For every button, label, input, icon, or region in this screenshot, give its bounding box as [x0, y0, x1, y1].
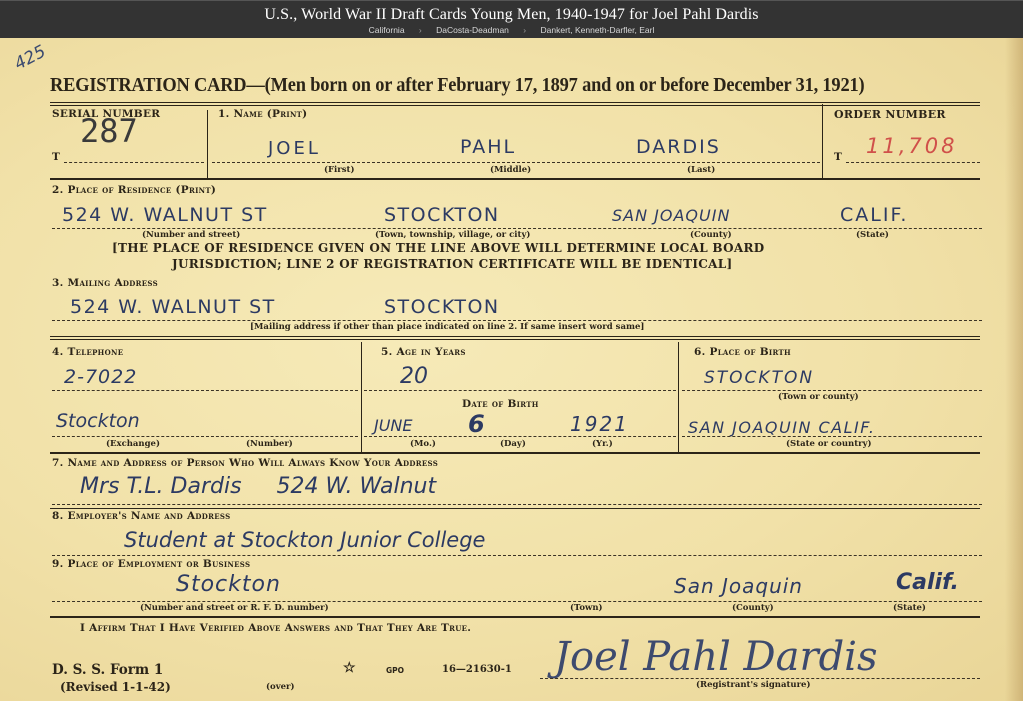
employment-state-caption: (State) — [893, 603, 926, 613]
state-caption: (State) — [856, 230, 889, 240]
birthplace-town-caption: (Town or county) — [778, 392, 859, 402]
star-icon: ☆ — [343, 660, 356, 676]
divider — [50, 508, 980, 509]
employment-street-caption: (Number and street or R. F. D. number) — [140, 603, 329, 613]
number-caption: (Number) — [246, 439, 293, 449]
divider — [50, 178, 980, 180]
corner-note: 425 — [11, 42, 49, 75]
birthplace-state-caption: (State or country) — [786, 439, 872, 449]
breadcrumb: California › DaCosta-Deadman › Dankert, … — [0, 25, 1023, 36]
telephone-number-value: 2-7022 — [64, 366, 137, 388]
dob-label: Date of Birth — [462, 398, 539, 410]
breadcrumb-item-state[interactable]: California — [369, 25, 405, 35]
employment-county-value: San Joaquin — [674, 574, 803, 598]
middle-caption: (Middle) — [490, 165, 531, 175]
birthplace-town-value: STOCKTON — [704, 368, 814, 388]
day-caption: (Day) — [500, 439, 526, 449]
residence-state-value: CALIF. — [840, 204, 908, 226]
divider — [212, 162, 820, 163]
divider — [52, 228, 982, 229]
breadcrumb-item-subrange[interactable]: Dankert, Kenneth-Darfler, Earl — [541, 25, 655, 35]
form-code: 16—21630-1 — [442, 664, 512, 675]
town-caption: (Town, township, village, or city) — [375, 230, 530, 240]
contact-label: 7. Name and Address of Person Who Will A… — [52, 457, 438, 469]
breadcrumb-separator-icon: › — [419, 25, 422, 35]
year-caption: (Yr.) — [592, 439, 613, 449]
divider — [361, 342, 362, 452]
divider — [540, 678, 980, 679]
divider — [52, 555, 982, 556]
mailing-caption: [Mailing address if other than place ind… — [250, 322, 644, 332]
top-header-bar: U.S., World War II Draft Cards Young Men… — [0, 0, 1023, 38]
first-name-value: JOEL — [268, 138, 321, 159]
residence-notice-2: JURISDICTION; LINE 2 OF REGISTRATION CER… — [172, 257, 732, 271]
divider — [52, 504, 982, 505]
last-name-value: DARDIS — [636, 136, 721, 158]
divider — [52, 320, 982, 321]
registrant-signature: Joel Pahl Dardis — [554, 634, 878, 680]
divider — [682, 436, 982, 437]
divider — [364, 436, 676, 437]
card-title: REGISTRATION CARD—(Men born on or after … — [50, 74, 864, 97]
age-value: 20 — [400, 364, 428, 389]
gpo-text: GPO — [386, 666, 404, 675]
divider — [50, 452, 980, 454]
name-label: 1. Name (Print) — [218, 108, 307, 120]
divider — [207, 110, 208, 178]
divider — [52, 436, 358, 437]
dob-day-value: 6 — [468, 410, 485, 438]
affirmation-text: I Affirm That I Have Verified Above Answ… — [80, 622, 471, 634]
record-title: U.S., World War II Draft Cards Young Men… — [0, 1, 1023, 25]
telephone-exchange-value: Stockton — [56, 410, 140, 432]
dob-month-value: JUNE — [374, 416, 413, 435]
contact-value: Mrs T.L. Dardis 524 W. Walnut — [80, 474, 436, 499]
employment-street-value: Stockton — [176, 572, 281, 597]
first-caption: (First) — [324, 165, 355, 175]
residence-county-value: SAN JOAQUIN — [612, 206, 730, 225]
serial-number-value: 287 — [80, 112, 138, 150]
form-revised: (Revised 1-1-42) — [60, 680, 171, 694]
last-caption: (Last) — [687, 165, 715, 175]
divider — [50, 102, 980, 106]
telephone-label: 4. Telephone — [52, 346, 123, 358]
county-caption: (County) — [690, 230, 732, 240]
divider — [846, 162, 980, 163]
serial-prefix: T — [52, 151, 60, 163]
exchange-caption: (Exchange) — [106, 439, 160, 449]
divider — [64, 162, 204, 163]
employment-state-value: Calif. — [896, 570, 959, 595]
breadcrumb-separator-icon: › — [523, 25, 526, 35]
birthplace-state-value: SAN JOAQUIN CALIF. — [688, 418, 875, 437]
divider — [50, 616, 980, 618]
residence-label: 2. Place of Residence (Print) — [52, 184, 216, 196]
employment-county-caption: (County) — [732, 603, 774, 613]
form-name: D. S. S. Form 1 — [52, 662, 163, 678]
divider — [50, 336, 980, 340]
mailing-town-value: STOCKTON — [384, 296, 500, 318]
divider — [682, 390, 982, 391]
divider — [822, 104, 823, 178]
month-caption: (Mo.) — [410, 439, 436, 449]
age-label: 5. Age in Years — [381, 346, 466, 358]
employer-label: 8. Employer's Name and Address — [52, 510, 230, 522]
order-prefix: T — [834, 151, 842, 163]
divider — [52, 601, 982, 602]
dob-year-value: 1921 — [570, 412, 629, 436]
draft-card-image: 425 REGISTRATION CARD—(Men born on or af… — [0, 38, 1023, 701]
order-number-label: ORDER NUMBER — [834, 108, 946, 121]
divider — [52, 390, 358, 391]
mailing-street-value: 524 W. WALNUT ST — [70, 296, 276, 318]
employment-town-caption: (Town) — [570, 603, 603, 613]
employment-place-label: 9. Place of Employment or Business — [52, 558, 250, 570]
over-text: (over) — [266, 682, 295, 692]
divider — [678, 342, 679, 452]
street-caption: (Number and street) — [142, 230, 240, 240]
birthplace-label: 6. Place of Birth — [694, 346, 791, 358]
residence-town-value: STOCKTON — [384, 204, 500, 226]
order-number-value: 11,708 — [866, 134, 957, 158]
residence-street-value: 524 W. WALNUT ST — [62, 204, 268, 226]
divider — [364, 390, 676, 391]
breadcrumb-item-range[interactable]: DaCosta-Deadman — [436, 25, 509, 35]
residence-notice-1: [THE PLACE OF RESIDENCE GIVEN ON THE LIN… — [112, 241, 764, 255]
middle-name-value: PAHL — [460, 136, 516, 158]
employer-value: Student at Stockton Junior College — [124, 528, 485, 552]
signature-caption: (Registrant's signature) — [696, 680, 810, 690]
mailing-label: 3. Mailing Address — [52, 277, 158, 289]
